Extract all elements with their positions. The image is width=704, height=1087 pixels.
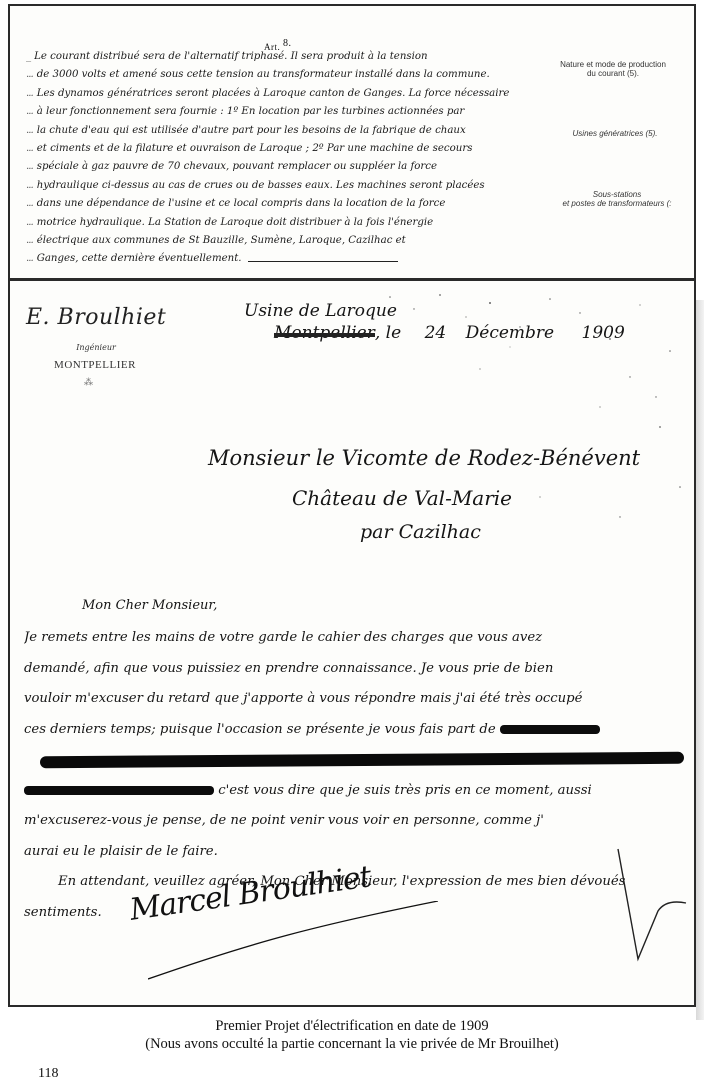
redaction-bar bbox=[500, 725, 600, 734]
fill-rule bbox=[248, 255, 398, 262]
spec-line: ...à leur fonctionnement sera fournie : … bbox=[26, 103, 546, 121]
redaction-bar bbox=[24, 786, 214, 795]
letterhead-title: Ingénieur bbox=[46, 343, 146, 352]
letter: E. Broulhiet Ingénieur MONTPELLIER ⁂ Usi… bbox=[10, 281, 694, 1005]
date-line: Montpellier, le 24 Décembre 1909 bbox=[274, 323, 625, 343]
signature-flourish bbox=[148, 901, 438, 981]
letter-line: demandé, afin que vous puissiez en prend… bbox=[24, 654, 694, 685]
struck-place: Montpellier bbox=[274, 323, 375, 343]
caption-note: (Nous avons occulté la partie concernant… bbox=[0, 1036, 704, 1053]
letter-line: c'est vous dire que je suis très pris en… bbox=[24, 776, 694, 807]
spec-line: _Le courant distribué sera de l'alternat… bbox=[26, 48, 546, 66]
spec-line: ...la chute d'eau qui est utilisée d'aut… bbox=[26, 122, 546, 140]
margin-note-usines: Usines génératrices (5). bbox=[540, 129, 690, 138]
spec-line: ...Les dynamos génératrices seront placé… bbox=[26, 85, 546, 103]
letter-line: vouloir m'excuser du retard que j'apport… bbox=[24, 684, 694, 715]
check-mark bbox=[600, 841, 690, 971]
margin-note-nature: Nature et mode de production du courant … bbox=[538, 60, 688, 78]
document-frame: Art. 8. _Le courant distribué sera de l'… bbox=[8, 4, 696, 1007]
spec-line: ...électrique aux communes de St Bauzill… bbox=[26, 232, 546, 250]
redacted-line bbox=[24, 745, 694, 776]
date-year: 1909 bbox=[582, 323, 625, 343]
recipient-address: Château de Val-Marie bbox=[292, 486, 512, 510]
redaction-bar bbox=[40, 752, 684, 768]
specification-form: Art. 8. _Le courant distribué sera de l'… bbox=[10, 6, 694, 281]
spec-line: ...Ganges, cette dernière éventuellement… bbox=[26, 250, 546, 268]
spec-line: ...hydraulique ci-dessus au cas de crues… bbox=[26, 177, 546, 195]
spec-line: ...de 3000 volts et amené sous cette ten… bbox=[26, 66, 546, 84]
spec-line: ...spéciale à gaz pauvre de 70 chevaux, … bbox=[26, 158, 546, 176]
letter-line: Je remets entre les mains de votre garde… bbox=[24, 623, 694, 654]
recipient-locality: par Cazilhac bbox=[360, 521, 481, 543]
letter-line: ces derniers temps; puisque l'occasion s… bbox=[24, 715, 694, 746]
place-handwritten: Usine de Laroque bbox=[244, 301, 397, 321]
spec-line: ...et ciments et de la filature et ouvra… bbox=[26, 140, 546, 158]
letterhead-city: MONTPELLIER bbox=[40, 359, 150, 371]
letterhead-name: E. Broulhiet bbox=[26, 305, 166, 330]
spec-line: ...dans une dépendance de l'usine et ce … bbox=[26, 195, 546, 213]
specification-text: _Le courant distribué sera de l'alternat… bbox=[26, 48, 546, 269]
recipient-name: Monsieur le Vicomte de Rodez-Bénévent bbox=[208, 446, 640, 470]
page-edge-shadow bbox=[696, 300, 704, 1020]
ornament-icon: ⁂ bbox=[84, 378, 93, 388]
margin-note-sous-stations: Sous-stations et postes de transformateu… bbox=[540, 190, 694, 208]
date-day: 24 bbox=[425, 323, 447, 343]
date-month: Décembre bbox=[466, 323, 554, 343]
salutation: Mon Cher Monsieur, bbox=[82, 598, 217, 613]
page-number: 118 bbox=[38, 1066, 58, 1082]
spec-line: ...motrice hydraulique. La Station de La… bbox=[26, 214, 546, 232]
caption-title: Premier Projet d'électrification en date… bbox=[0, 1018, 704, 1035]
letter-line: m'excuserez-vous je pense, de ne point v… bbox=[24, 806, 694, 837]
